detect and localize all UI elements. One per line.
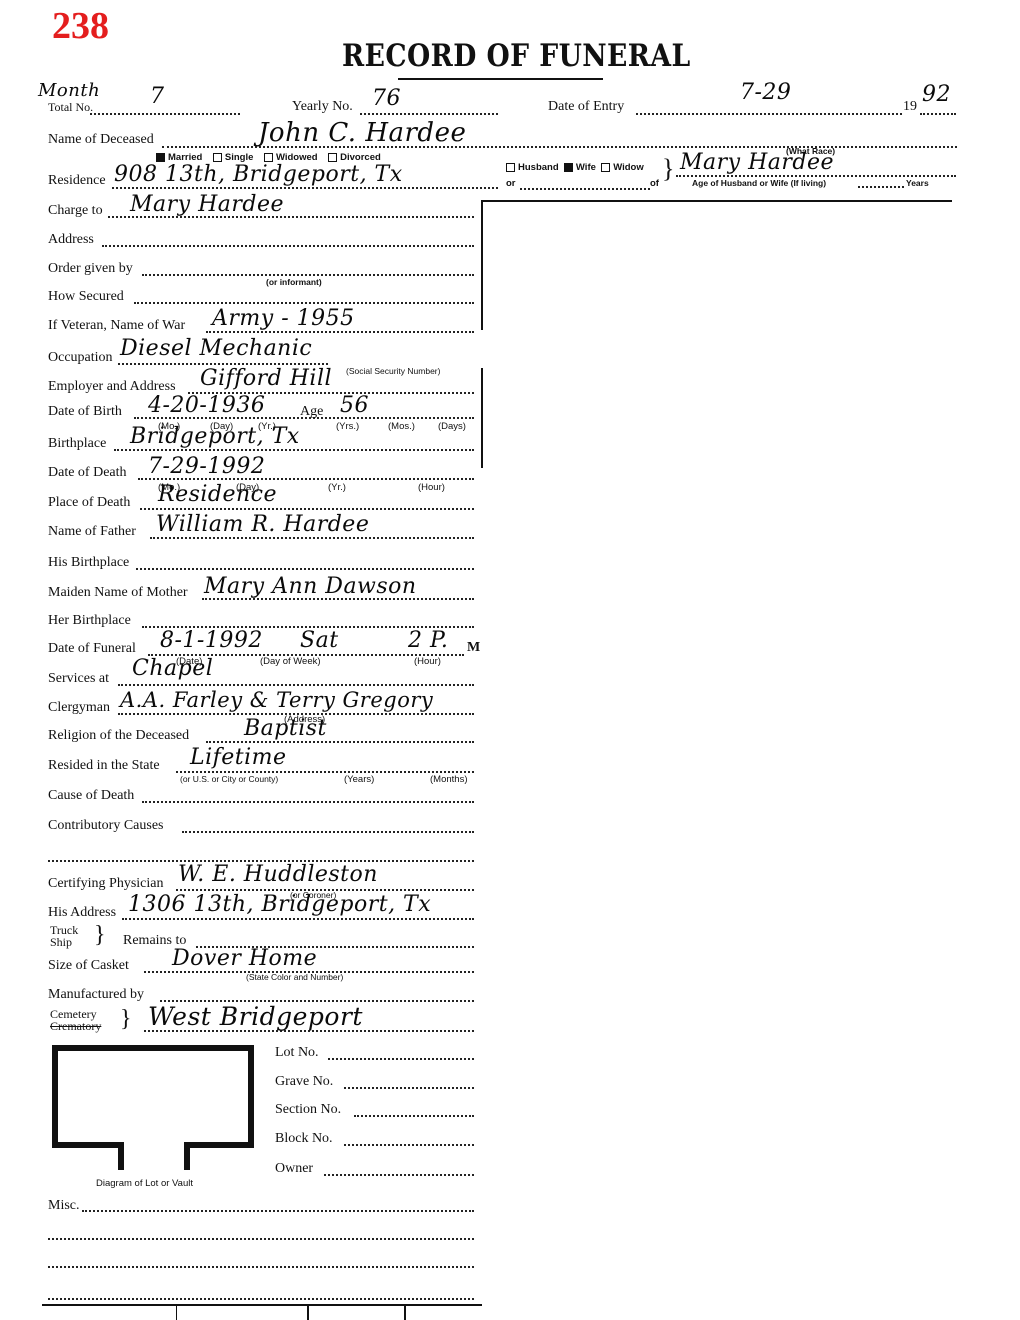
his-address-label: His Address (48, 905, 116, 921)
maiden-name-mother-value[interactable]: Mary Ann Dawson (204, 574, 417, 599)
resided-months-sub: (Months) (430, 774, 467, 785)
diagram-bottom-left (52, 1142, 124, 1148)
occupation-line (118, 363, 328, 365)
residence-value[interactable]: 908 13th, Bridgeport, Tx (114, 162, 403, 187)
birthplace-label: Birthplace (48, 436, 106, 452)
truck-ship-brace-icon: } (94, 922, 106, 949)
misc-label: Misc. (48, 1198, 80, 1214)
his-birthplace-label: His Birthplace (48, 555, 129, 571)
cemetery-crematory-label: CemeteryCrematory (50, 1008, 101, 1032)
husband-checkbox[interactable]: Husband (506, 162, 559, 173)
date-of-funeral-m: M (467, 640, 480, 656)
name-of-father-label: Name of Father (48, 524, 136, 540)
contributory-causes-label: Contributory Causes (48, 818, 164, 834)
spouse-age-label: Age of Husband or Wife (If living) (692, 178, 826, 188)
owner-line[interactable] (324, 1174, 474, 1176)
bottom-rule (42, 1304, 482, 1306)
spouse-years-label: Years (906, 178, 929, 188)
how-secured-line[interactable] (134, 302, 474, 304)
religion-value[interactable]: Baptist (244, 716, 327, 741)
occupation-value[interactable]: Diesel Mechanic (120, 336, 312, 361)
place-of-death-line (140, 508, 474, 510)
birthplace-line (114, 449, 474, 451)
name-of-father-line (150, 537, 474, 539)
resided-in-state-value[interactable]: Lifetime (190, 745, 287, 770)
yearly-no-line (360, 113, 498, 115)
date-of-entry-line (636, 113, 902, 115)
yearly-no-value[interactable]: 76 (372, 86, 401, 111)
size-of-casket-label: Size of Casket (48, 958, 129, 974)
casket-sub: (State Color and Number) (246, 972, 343, 982)
owner-label: Owner (275, 1161, 313, 1177)
date-of-funeral-day[interactable]: Sat (300, 628, 339, 653)
residence-label: Residence (48, 173, 106, 189)
name-of-deceased-label: Name of Deceased (48, 132, 154, 148)
spouse-or-label: or (506, 178, 516, 189)
widow-checkbox[interactable]: Widow (601, 162, 644, 173)
misc-line-3[interactable] (48, 1266, 474, 1268)
certifying-physician-value[interactable]: W. E. Huddleston (178, 862, 378, 887)
section-no-line[interactable] (354, 1115, 474, 1117)
misc-line-2[interactable] (48, 1238, 474, 1240)
certifying-physician-label: Certifying Physician (48, 876, 164, 892)
services-at-value[interactable]: Chapel (132, 656, 213, 681)
veteran-line (206, 331, 474, 333)
ssn-label: (Social Security Number) (346, 366, 440, 376)
clergyman-value[interactable]: A.A. Farley & Terry Gregory (120, 688, 433, 712)
spouse-age-line[interactable] (858, 186, 904, 188)
birthplace-value[interactable]: Bridgeport, Tx (130, 424, 300, 449)
date-of-birth-label: Date of Birth (48, 404, 122, 420)
lot-no-label: Lot No. (275, 1045, 319, 1061)
resided-in-state-label: Resided in the State (48, 758, 160, 774)
grave-no-label: Grave No. (275, 1074, 333, 1090)
resided-place-sub: (or U.S. or City or County) (180, 774, 278, 784)
employer-value[interactable]: Gifford Hill (200, 366, 332, 391)
place-of-death-value[interactable]: Residence (158, 482, 277, 507)
misc-line-1[interactable] (82, 1210, 474, 1212)
spouse-line (676, 175, 956, 177)
section-no-label: Section No. (275, 1102, 341, 1118)
year-value[interactable]: 92 (922, 82, 951, 107)
name-of-deceased-value[interactable]: John C. Hardee (258, 118, 466, 148)
grave-no-line[interactable] (344, 1087, 474, 1089)
religion-line (206, 741, 474, 743)
right-panel-left-border-lower (481, 368, 483, 468)
year-prefix: 19 (903, 99, 917, 115)
total-no-prefix: Month (38, 80, 100, 101)
what-race-label: (What Race) (786, 146, 835, 156)
maiden-name-mother-label: Maiden Name of Mother (48, 585, 188, 601)
bottom-tick-2 (307, 1306, 309, 1320)
wife-checkbox[interactable]: Wife (564, 162, 596, 173)
block-no-label: Block No. (275, 1131, 333, 1147)
spouse-of-label: of (650, 178, 659, 189)
date-of-birth-value[interactable]: 4-20-1936 (148, 393, 265, 418)
name-of-father-value[interactable]: William R. Hardee (156, 512, 369, 537)
residence-line (112, 187, 498, 189)
brace-icon: } (662, 154, 674, 184)
age-days-sub: (Days) (438, 421, 466, 432)
date-of-death-value[interactable]: 7-29-1992 (148, 454, 265, 479)
dod-year-sub: (Yr.) (328, 482, 346, 493)
cause-of-death-line[interactable] (142, 801, 474, 803)
how-secured-label: How Secured (48, 289, 124, 305)
spouse-relation-group: Husband Wife Widow (506, 162, 644, 173)
yearly-no-label: Yearly No. (292, 99, 353, 115)
clergyman-label: Clergyman (48, 700, 110, 716)
services-at-line (118, 684, 474, 686)
age-label: Age (300, 404, 323, 420)
year-line (920, 113, 956, 115)
address-label: Address (48, 232, 94, 248)
veteran-label: If Veteran, Name of War (48, 318, 185, 334)
resided-in-state-line (176, 771, 474, 773)
lot-no-line[interactable] (328, 1058, 474, 1060)
resided-years-sub: (Years) (344, 774, 374, 785)
his-address-line (122, 918, 474, 920)
manufactured-by-label: Manufactured by (48, 987, 144, 1003)
right-panel-top-border (482, 200, 952, 202)
date-of-funeral-label: Date of Funeral (48, 641, 136, 657)
title-underline (398, 78, 603, 80)
right-panel-left-border-upper (481, 200, 483, 330)
diagram-caption: Diagram of Lot or Vault (96, 1178, 193, 1189)
charge-to-label: Charge to (48, 203, 103, 219)
page-number: 238 (52, 4, 109, 48)
bottom-tick-1 (176, 1306, 177, 1320)
cemetery-brace-icon: } (120, 1006, 132, 1033)
total-no-value[interactable]: 7 (150, 84, 165, 109)
lot-vault-diagram (52, 1045, 254, 1148)
date-of-death-label: Date of Death (48, 465, 127, 481)
date-of-entry-label: Date of Entry (548, 99, 624, 115)
diagram-bottom-right (184, 1142, 254, 1148)
truck-ship-label: TruckShip (50, 924, 78, 948)
his-birthplace-line[interactable] (136, 568, 474, 570)
religion-label: Religion of the Deceased (48, 728, 189, 744)
size-of-casket-value[interactable]: Dover Home (172, 946, 317, 971)
veteran-value[interactable]: Army - 1955 (212, 306, 355, 331)
occupation-label: Occupation (48, 350, 113, 366)
age-years-sub: (Yrs.) (336, 421, 359, 432)
funeral-day-sub: (Day of Week) (260, 656, 321, 667)
age-value[interactable]: 56 (340, 393, 369, 418)
address-line[interactable] (102, 245, 474, 247)
funeral-hour-sub: (Hour) (414, 656, 441, 667)
dod-hour-sub: (Hour) (418, 482, 445, 493)
place-of-death-label: Place of Death (48, 495, 130, 511)
her-birthplace-label: Her Birthplace (48, 613, 131, 629)
order-given-by-line[interactable] (142, 274, 474, 276)
order-given-by-sub: (or informant) (266, 277, 322, 287)
total-no-label: Total No. (48, 100, 93, 115)
bottom-tick-3 (404, 1306, 406, 1320)
charge-to-value[interactable]: Mary Hardee (130, 192, 284, 217)
services-at-label: Services at (48, 671, 109, 687)
diagram-post-left (118, 1142, 124, 1170)
age-months-sub: (Mos.) (388, 421, 415, 432)
date-of-funeral-date[interactable]: 8-1-1992 (160, 628, 263, 653)
total-no-line (90, 113, 240, 115)
order-given-by-label: Order given by (48, 261, 133, 277)
document-title: RECORD OF FUNERAL (342, 38, 691, 74)
contributory-causes-line[interactable] (182, 831, 474, 833)
cemetery-value[interactable]: West Bridgeport (148, 1002, 363, 1031)
his-address-value[interactable]: 1306 13th, Bridgeport, Tx (128, 892, 431, 917)
cause-of-death-label: Cause of Death (48, 788, 134, 804)
date-of-funeral-hour[interactable]: 2 P. (408, 628, 448, 653)
spouse-or-line (520, 188, 650, 190)
block-no-line[interactable] (344, 1144, 474, 1146)
misc-line-4[interactable] (48, 1298, 474, 1300)
date-of-entry-value[interactable]: 7-29 (740, 80, 791, 105)
diagram-post-right (184, 1142, 190, 1170)
